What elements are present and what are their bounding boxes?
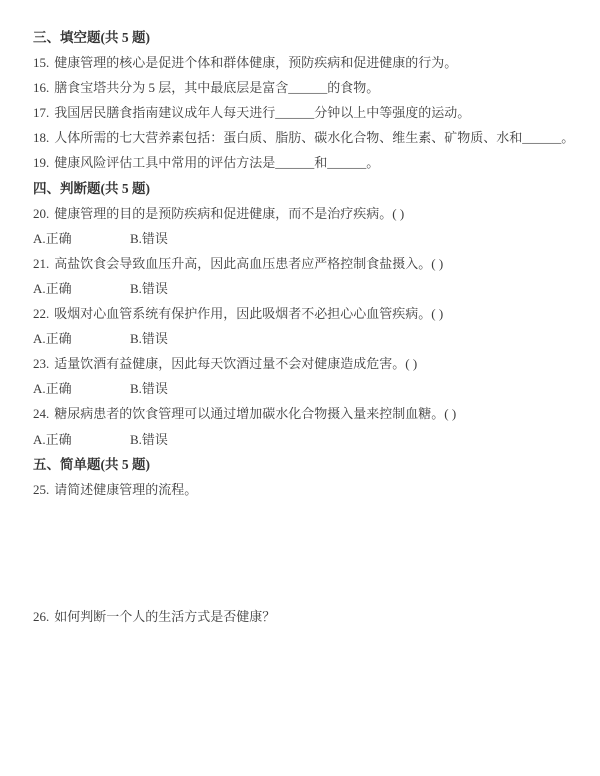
question-22-option-b: B.错误 — [130, 331, 168, 346]
question-20-option-a: A.正确 — [33, 226, 130, 251]
question-16-text: 膳食宝塔共分为 5 层，其中最底层是富含______的食物。 — [54, 80, 379, 95]
question-23-text: 适量饮酒有益健康，因此每天饮酒过量不会对健康造成危害。( ) — [54, 356, 417, 371]
question-23-number: 23. — [33, 356, 49, 371]
question-21-option-a: A.正确 — [33, 276, 130, 301]
question-19-number: 19. — [33, 155, 49, 170]
question-22-number: 22. — [33, 306, 49, 321]
question-21-text: 高盐饮食会导致血压升高，因此高血压患者应严格控制食盐摄入。( ) — [54, 256, 443, 271]
question-26-text: 如何判断一个人的生活方式是否健康？ — [54, 609, 275, 624]
question-16: 16.膳食宝塔共分为 5 层，其中最底层是富含______的食物。 — [33, 75, 572, 100]
question-21-option-b: B.错误 — [130, 281, 168, 296]
question-20-options: A.正确B.错误 — [33, 226, 572, 251]
question-23: 23.适量饮酒有益健康，因此每天饮酒过量不会对健康造成危害。( ) — [33, 351, 572, 376]
question-23-option-a: A.正确 — [33, 376, 130, 401]
question-20-text: 健康管理的目的是预防疾病和促进健康，而不是治疗疾病。( ) — [54, 206, 404, 221]
question-24-text: 糖尿病患者的饮食管理可以通过增加碳水化合物摄入量来控制血糖。( ) — [54, 406, 456, 421]
question-24-number: 24. — [33, 406, 49, 421]
question-15-number: 15. — [33, 55, 49, 70]
exam-document: 三、填空题(共 5 题) 15.健康管理的核心是促进个体和群体健康，预防疾病和促… — [0, 0, 600, 776]
question-20-option-b: B.错误 — [130, 231, 168, 246]
question-23-options: A.正确B.错误 — [33, 376, 572, 401]
question-25-text: 请简述健康管理的流程。 — [54, 482, 197, 497]
question-26-number: 26. — [33, 609, 49, 624]
question-22: 22.吸烟对心血管系统有保护作用，因此吸烟者不必担心心血管疾病。( ) — [33, 301, 572, 326]
question-20-number: 20. — [33, 206, 49, 221]
section-title-short-answer: 五、简单题(共 5 题) — [33, 452, 572, 477]
question-18-number: 18. — [33, 130, 49, 145]
question-24-options: A.正确B.错误 — [33, 427, 572, 452]
question-19: 19.健康风险评估工具中常用的评估方法是______和______。 — [33, 150, 572, 175]
question-26: 26.如何判断一个人的生活方式是否健康？ — [33, 604, 572, 629]
question-23-option-b: B.错误 — [130, 381, 168, 396]
question-25: 25.请简述健康管理的流程。 — [33, 477, 572, 502]
section-title-fill-blank: 三、填空题(共 5 题) — [33, 25, 572, 50]
question-22-options: A.正确B.错误 — [33, 326, 572, 351]
question-16-number: 16. — [33, 80, 49, 95]
question-19-text: 健康风险评估工具中常用的评估方法是______和______。 — [54, 155, 379, 170]
question-22-option-a: A.正确 — [33, 326, 130, 351]
question-22-text: 吸烟对心血管系统有保护作用，因此吸烟者不必担心心血管疾病。( ) — [54, 306, 443, 321]
question-20: 20.健康管理的目的是预防疾病和促进健康，而不是治疗疾病。( ) — [33, 201, 572, 226]
question-24-option-a: A.正确 — [33, 427, 130, 452]
question-17-number: 17. — [33, 105, 49, 120]
question-21: 21.高盐饮食会导致血压升高，因此高血压患者应严格控制食盐摄入。( ) — [33, 251, 572, 276]
question-24-option-b: B.错误 — [130, 432, 168, 447]
question-21-options: A.正确B.错误 — [33, 276, 572, 301]
question-15-text: 健康管理的核心是促进个体和群体健康，预防疾病和促进健康的行为。 — [54, 55, 457, 70]
question-18: 18.人体所需的七大营养素包括：蛋白质、脂肪、碳水化合物、维生素、矿物质、水和_… — [33, 125, 572, 150]
question-25-number: 25. — [33, 482, 49, 497]
question-15: 15.健康管理的核心是促进个体和群体健康，预防疾病和促进健康的行为。 — [33, 50, 572, 75]
question-18-text: 人体所需的七大营养素包括：蛋白质、脂肪、碳水化合物、维生素、矿物质、水和____… — [54, 130, 574, 145]
question-24: 24.糖尿病患者的饮食管理可以通过增加碳水化合物摄入量来控制血糖。( ) — [33, 401, 572, 426]
question-21-number: 21. — [33, 256, 49, 271]
question-17-text: 我国居民膳食指南建议成年人每天进行______分钟以上中等强度的运动。 — [54, 105, 470, 120]
section-title-true-false: 四、判断题(共 5 题) — [33, 176, 572, 201]
question-17: 17.我国居民膳食指南建议成年人每天进行______分钟以上中等强度的运动。 — [33, 100, 572, 125]
